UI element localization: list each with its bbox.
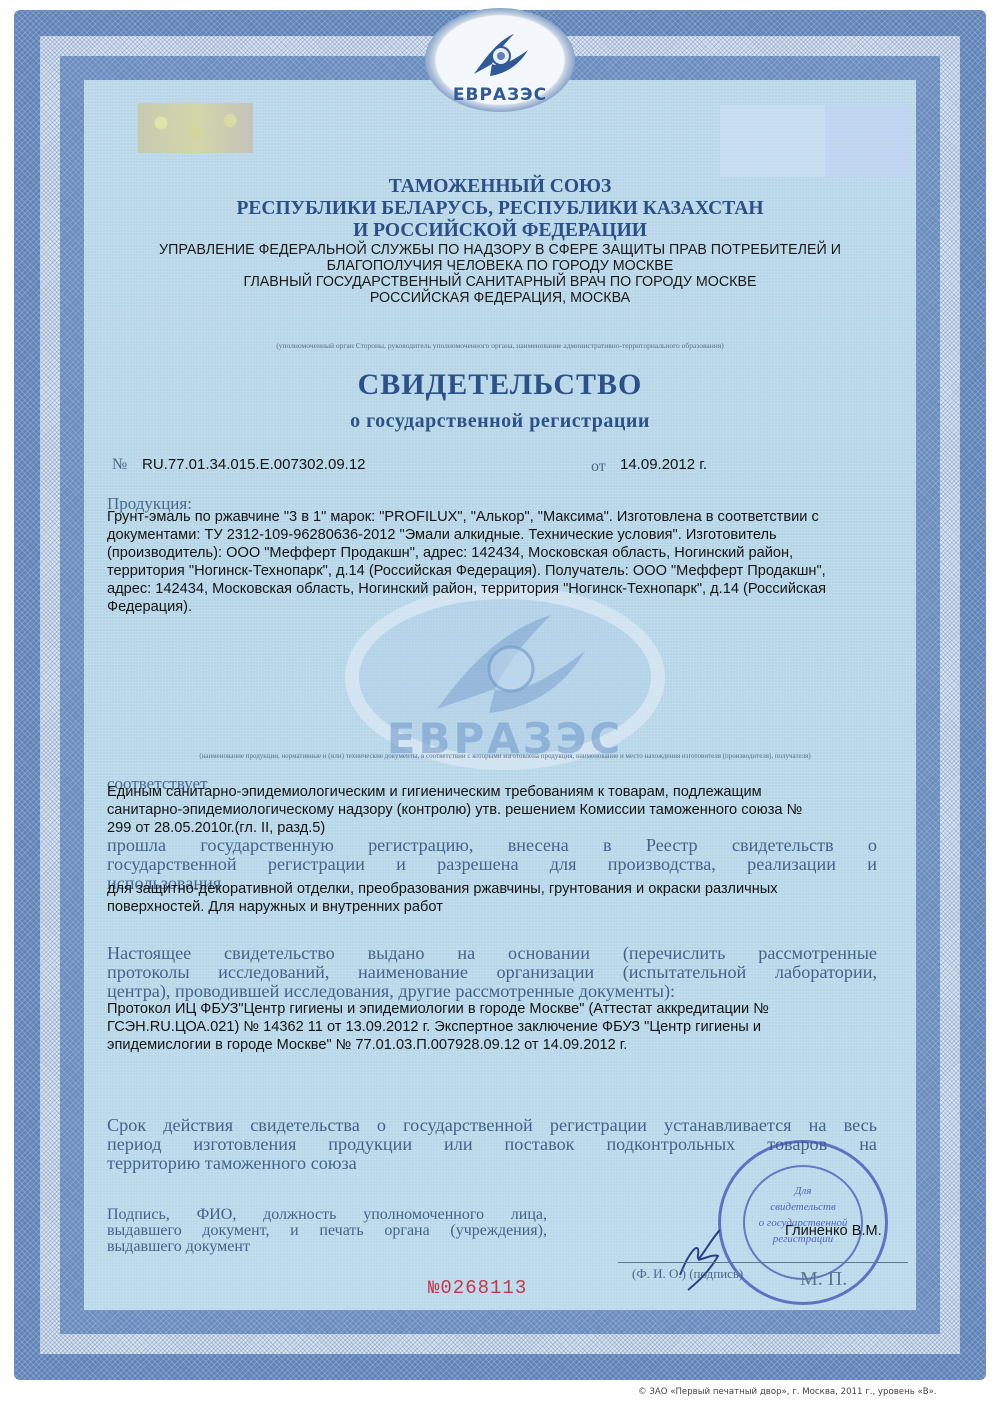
registration-line: прошла государственную регистрацию, внес… [107,836,877,855]
product-line: адрес: 142434, Московская область, Ногин… [107,580,907,598]
compliance-line: Единым санитарно-эпидемиологическим и ги… [107,783,907,801]
signature-label: Подпись, ФИО, должность уполномоченного … [107,1207,547,1255]
registration-line: государственной регистрации и разрешена … [107,855,877,874]
basis-document-line: ГСЭН.RU.ЦОА.021) № 14362 11 от 13.09.201… [107,1018,907,1036]
security-panel-right [825,105,910,177]
signature-label-line: Подпись, ФИО, должность уполномоченного … [107,1207,547,1223]
hologram-sticker [138,103,253,153]
basis-document-line: Протокол ИЦ ФБУЗ"Центр гигиены и эпидеми… [107,1000,907,1018]
authority-line-1: УПРАВЛЕНИЕ ФЕДЕРАЛЬНОЙ СЛУЖБЫ ПО НАДЗОРУ… [105,242,895,258]
basis-statement: Настоящее свидетельство выдано на основа… [107,944,877,1001]
usage-line: поверхностей. Для наружных и внутренних … [107,898,907,916]
signature-label-line: выдавшего документ [107,1239,547,1255]
usage-description: для защитно-декоративной отделки, преобр… [107,880,907,916]
security-panel-left [720,105,825,177]
product-line: (производитель): ООО "Мефферт Продакшн",… [107,544,907,562]
validity-line: Срок действия свидетельства о государств… [107,1116,877,1135]
basis-document-line: эпидемислогии в городе Москве" № 77.01.0… [107,1036,907,1054]
certificate-subtitle: о государственной регистрации [84,410,916,433]
emblem-name: ЕВРАЗЭС [425,85,575,105]
product-line: Грунт-эмаль по ржавчине "3 в 1" марок: "… [107,508,907,526]
product-line: документами: ТУ 2312-109-96280636-2012 "… [107,526,907,544]
basis-line: центра), проводившей исследования, други… [107,982,877,1001]
top-emblem: ЕВРАЗЭС [425,8,575,112]
seal-label: М. П. [800,1268,847,1291]
printer-copyright: © ЗАО «Первый печатный двор», г. Москва,… [638,1387,937,1397]
watermark-emblem-icon [429,609,589,719]
number-label: № [112,456,127,474]
product-line: Федерация). [107,598,907,616]
usage-line: для защитно-декоративной отделки, преобр… [107,880,907,898]
date-label: от [591,458,606,476]
signer-name: Глиненко В.М. [785,1222,882,1240]
compliance-description: Единым санитарно-эпидемиологическим и ги… [107,783,907,837]
serial-number: №0268113 [428,1277,527,1299]
basis-documents: Протокол ИЦ ФБУЗ"Центр гигиены и эпидеми… [107,1000,907,1054]
authority-line-3: ГЛАВНЫЙ ГОСУДАРСТВЕННЫЙ САНИТАРНЫЙ ВРАЧ … [105,274,895,290]
basis-line: Настоящее свидетельство выдано на основа… [107,944,877,963]
handwritten-signature-icon [670,1220,740,1295]
product-description: Грунт-эмаль по ржавчине "3 в 1" марок: "… [107,508,907,616]
certificate-title: СВИДЕТЕЛЬСТВО [84,368,916,402]
certificate-number: RU.77.01.34.015.E.007302.09.12 [142,456,366,474]
basis-line: протоколы исследований, наименование орг… [107,963,877,982]
stamp-text: свидетельств [721,1201,885,1213]
stamp-text: Для [721,1185,885,1197]
authority-caption: (уполномоченный орган Стороны, руководит… [84,341,916,350]
certificate-date: 14.09.2012 г. [620,456,707,474]
signature-line [618,1262,908,1263]
fio-caption: (Ф. И. О.) (подпись) [632,1266,743,1282]
signature-label-line: выдавшего документ, и печать органа (учр… [107,1223,547,1239]
authority-line-4: РОССИЙСКАЯ ФЕДЕРАЦИЯ, МОСКВА [105,290,895,306]
union-title-line-3: И РОССИЙСКОЙ ФЕДЕРАЦИИ [84,220,916,242]
eurasec-emblem-icon [470,30,530,80]
product-line: территория "Ногинск-Технопарк", д.14 (Ро… [107,562,907,580]
union-title-line-1: ТАМОЖЕННЫЙ СОЮЗ [84,176,916,198]
union-title-line-2: РЕСПУБЛИКИ БЕЛАРУСЬ, РЕСПУБЛИКИ КАЗАХСТА… [84,198,916,220]
product-caption: (наименование продукции, нормативные и (… [100,752,910,760]
compliance-line: санитарно-эпидемиологическому надзору (к… [107,801,907,819]
authority-line-2: БЛАГОПОЛУЧИЯ ЧЕЛОВЕКА ПО ГОРОДУ МОСКВЕ [105,258,895,274]
